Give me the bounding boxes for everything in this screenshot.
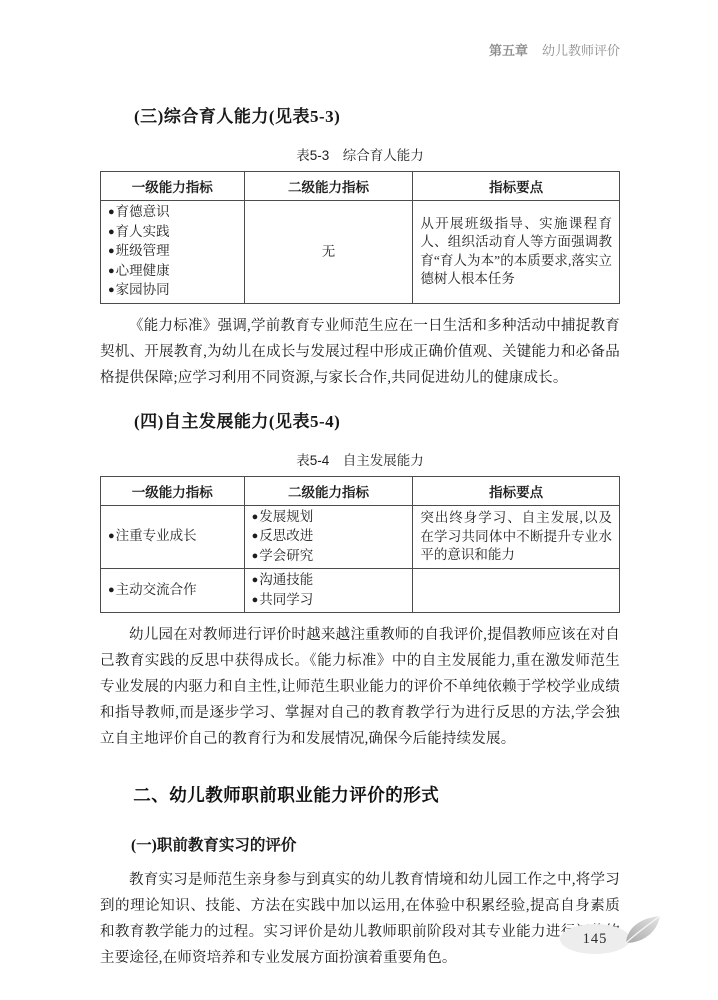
- bullet-icon: ●: [108, 584, 115, 596]
- second-level-indicators-cell: ●沟通技能 ●共同学习: [244, 569, 413, 613]
- section-heading-4: (四)自主发展能力(见表5-4): [100, 407, 620, 432]
- indicator-item: 心理健康: [116, 263, 170, 278]
- indicator-item: 反思改进: [259, 528, 313, 543]
- second-level-indicators-cell: ●发展规划 ●反思改进 ●学会研究: [244, 505, 413, 569]
- table-5-3: 一级能力指标 二级能力指标 指标要点 ●育德意识 ●育人实践 ●班级管理 ●心理…: [100, 171, 620, 304]
- bullet-icon: ●: [108, 226, 115, 238]
- page-number-pill: 145: [560, 924, 630, 954]
- first-level-indicators-cell: ●主动交流合作: [101, 569, 245, 613]
- bullet-icon: ●: [108, 245, 115, 257]
- table-row: ●注重专业成长 ●发展规划 ●反思改进 ●学会研究 突出终身学习、自主发展,以及…: [101, 505, 620, 569]
- first-level-indicators-cell: ●育德意识 ●育人实践 ●班级管理 ●心理健康 ●家园协同: [101, 201, 245, 304]
- bullet-icon: ●: [108, 530, 115, 542]
- bullet-icon: ●: [252, 594, 259, 606]
- paragraph: 幼儿园在对教师进行评价时越来越注重教师的自我评价,提倡教师应该在对自己教育实践的…: [100, 622, 620, 752]
- indicator-item: 育人实践: [116, 224, 170, 239]
- table-5-4: 一级能力指标 二级能力指标 指标要点 ●注重专业成长 ●发展规划 ●反思改进 ●…: [100, 476, 620, 614]
- chapter-title: 幼儿教师评价: [542, 43, 620, 58]
- indicator-points-cell: 从开展班级指导、实施课程育人、组织活动育人等方面强调教育“育人为本”的本质要求,…: [413, 201, 620, 304]
- indicator-item: 学会研究: [259, 548, 313, 563]
- column-header: 二级能力指标: [244, 476, 413, 505]
- indicator-item: 主动交流合作: [116, 582, 197, 597]
- bullet-icon: ●: [108, 206, 115, 218]
- bullet-icon: ●: [252, 574, 259, 586]
- column-header: 一级能力指标: [101, 172, 245, 201]
- page-header: 第五章幼儿教师评价: [100, 42, 620, 60]
- table-row: ●育德意识 ●育人实践 ●班级管理 ●心理健康 ●家园协同 无 从开展班级指导、…: [101, 201, 620, 304]
- page-footer: 145: [560, 916, 664, 956]
- bullet-icon: ●: [108, 284, 115, 296]
- table-5-4-caption: 表5-4 自主发展能力: [100, 449, 620, 469]
- second-level-indicators-cell: 无: [244, 201, 413, 304]
- table-row: ●主动交流合作 ●沟通技能 ●共同学习: [101, 569, 620, 613]
- bullet-icon: ●: [252, 550, 259, 562]
- table-5-4-header-row: 一级能力指标 二级能力指标 指标要点: [101, 476, 620, 505]
- column-header: 一级能力指标: [101, 476, 245, 505]
- indicator-points-cell: [413, 569, 620, 613]
- first-level-indicators-cell: ●注重专业成长: [101, 505, 245, 569]
- indicator-points-cell: 突出终身学习、自主发展,以及在学习共同体中不断提升专业水平的意识和能力: [413, 505, 620, 569]
- section-heading-3: (三)综合育人能力(见表5-3): [100, 102, 620, 127]
- column-header: 二级能力指标: [244, 172, 413, 201]
- table-5-3-caption: 表5-3 综合育人能力: [100, 144, 620, 164]
- bullet-icon: ●: [108, 265, 115, 277]
- indicator-item: 发展规划: [259, 509, 313, 524]
- indicator-item: 沟通技能: [259, 572, 313, 587]
- paragraph: 教育实习是师范生亲身参与到真实的幼儿教育情境和幼儿园工作之中,将学习到的理论知识…: [100, 867, 620, 971]
- paragraph: 《能力标准》强调,学前教育专业师范生应在一日生活和多种活动中捕捉教育契机、开展教…: [100, 313, 620, 391]
- bullet-icon: ●: [252, 530, 259, 542]
- column-header: 指标要点: [413, 172, 620, 201]
- section-heading-two: 二、幼儿教师职前职业能力评价的形式: [100, 782, 620, 807]
- page-number: 145: [583, 931, 608, 947]
- leaf-icon: [624, 916, 662, 949]
- column-header: 指标要点: [413, 476, 620, 505]
- bullet-icon: ●: [252, 511, 259, 523]
- subsection-heading-one: (一)职前教育实习的评价: [100, 833, 620, 855]
- indicator-item: 家园协同: [116, 282, 170, 297]
- indicator-item: 育德意识: [116, 204, 170, 219]
- table-5-3-header-row: 一级能力指标 二级能力指标 指标要点: [101, 172, 620, 201]
- indicator-item: 注重专业成长: [116, 528, 197, 543]
- indicator-item: 共同学习: [259, 592, 313, 607]
- chapter-label: 第五章: [489, 43, 528, 58]
- indicator-item: 班级管理: [116, 243, 170, 258]
- book-page: 第五章幼儿教师评价 (三)综合育人能力(见表5-3) 表5-3 综合育人能力 一…: [0, 0, 718, 1000]
